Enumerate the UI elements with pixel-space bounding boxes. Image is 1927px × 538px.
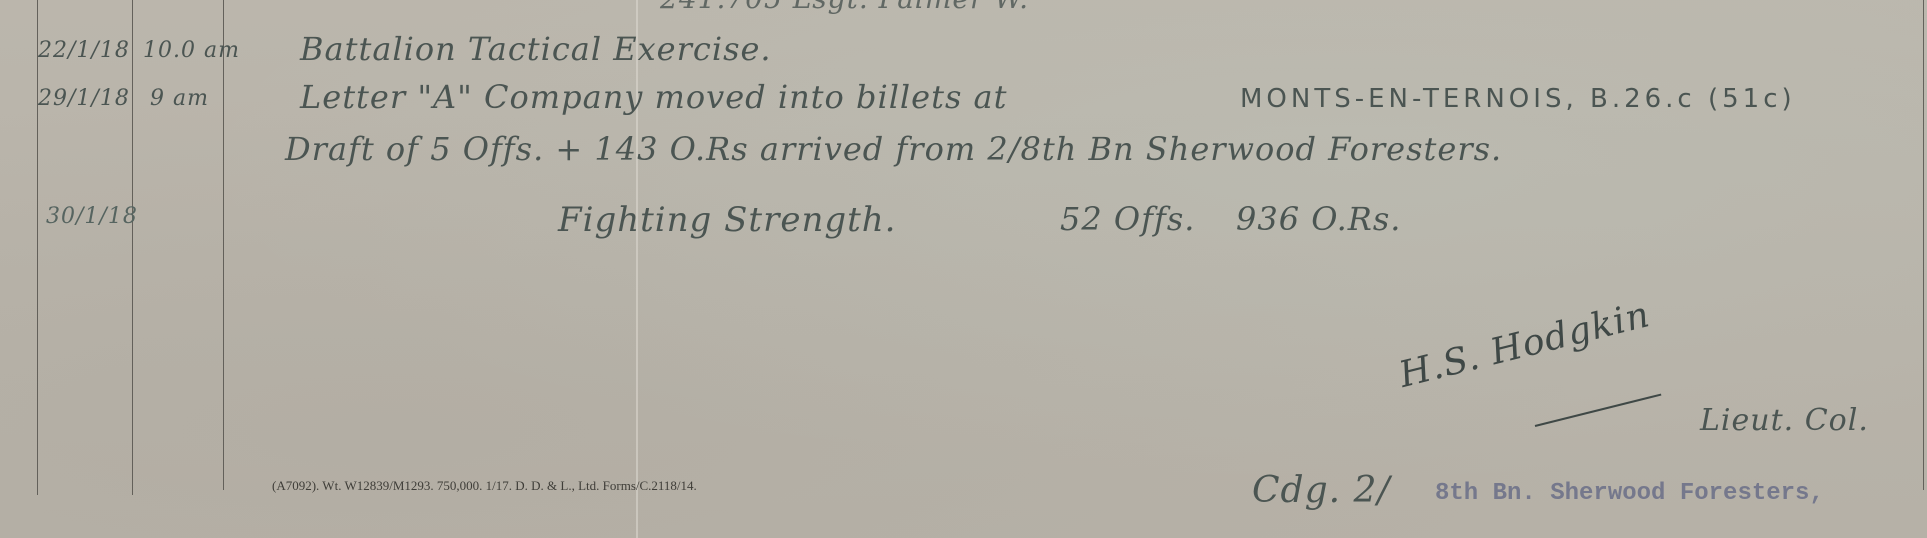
entry-2-place: MONTS-EN-TERNOIS, B.26.c (51c) [1240,84,1796,114]
entry-4-officers: 52 Offs. [1060,200,1195,238]
form-footer-print: (A7092). Wt. W12839/M1293. 750,000. 1/17… [272,478,697,494]
entry-3-text: Draft of 5 Offs. + 143 O.Rs arrived from… [285,130,1502,168]
entry-1-time: 10.0 am [143,38,240,63]
entry-4-text: Fighting Strength. [558,200,897,240]
entry-2-text: Letter "A" Company moved into billets at [300,78,1007,116]
column-rule-time [223,0,224,490]
column-rule-left [37,0,38,495]
entry-1-text: Battalion Tactical Exercise. [300,30,772,68]
entry-4-other-ranks: 936 O.Rs. [1236,200,1401,238]
signature-rank: Lieut. Col. [1700,403,1869,438]
entry-2-time: 9 am [150,86,209,111]
entry-1-date: 22/1/18 [38,38,130,63]
top-cut-text: 241.705 Lsgt. Palmer W. [660,0,1029,15]
signature-underline [1535,394,1662,427]
column-rule-date [132,0,133,495]
command-prefix: Cdg. 2/ [1252,470,1391,511]
column-rule-right [1923,0,1924,490]
entry-4-date: 30/1/18 [46,204,138,229]
diary-page: 241.705 Lsgt. Palmer W. 22/1/18 10.0 am … [0,0,1927,538]
signature-name: H.S. Hodgkin [1395,294,1654,396]
entry-2-date: 29/1/18 [38,86,130,111]
battalion-stamp: 8th Bn. Sherwood Foresters, [1435,480,1824,507]
